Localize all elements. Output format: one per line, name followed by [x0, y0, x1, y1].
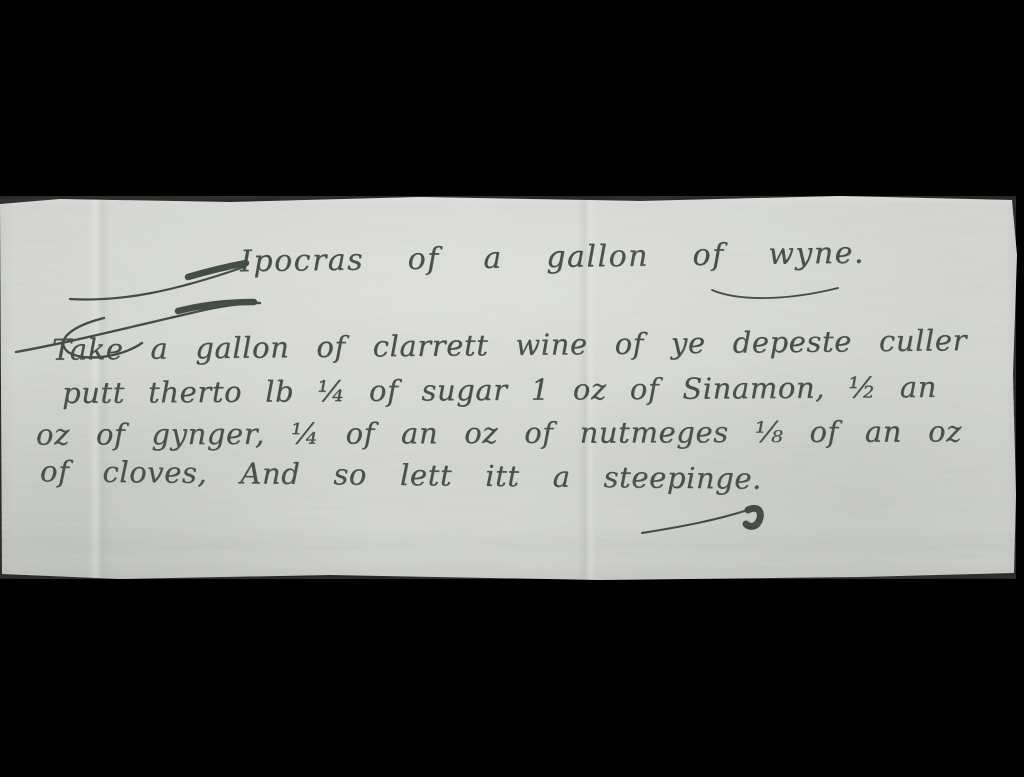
- recipe-line: putt therto lb ¼ of sugar 1 oz of Sinamo…: [62, 371, 937, 410]
- recipe-title: Ipocras of a gallon of wyne.: [240, 237, 865, 280]
- manuscript-paper: Ipocras of a gallon of wyne. Take a gall…: [0, 195, 1017, 580]
- recipe-line: Take a gallon of clarrett wine of ye dep…: [52, 324, 967, 367]
- recipe-line: of cloves, And so lett itt a steepinge.: [40, 455, 762, 496]
- photo-frame: Ipocras of a gallon of wyne. Take a gall…: [0, 0, 1024, 777]
- recipe-line: oz of gynger, ¼ of an oz of nutmeges ⅛ o…: [36, 415, 962, 452]
